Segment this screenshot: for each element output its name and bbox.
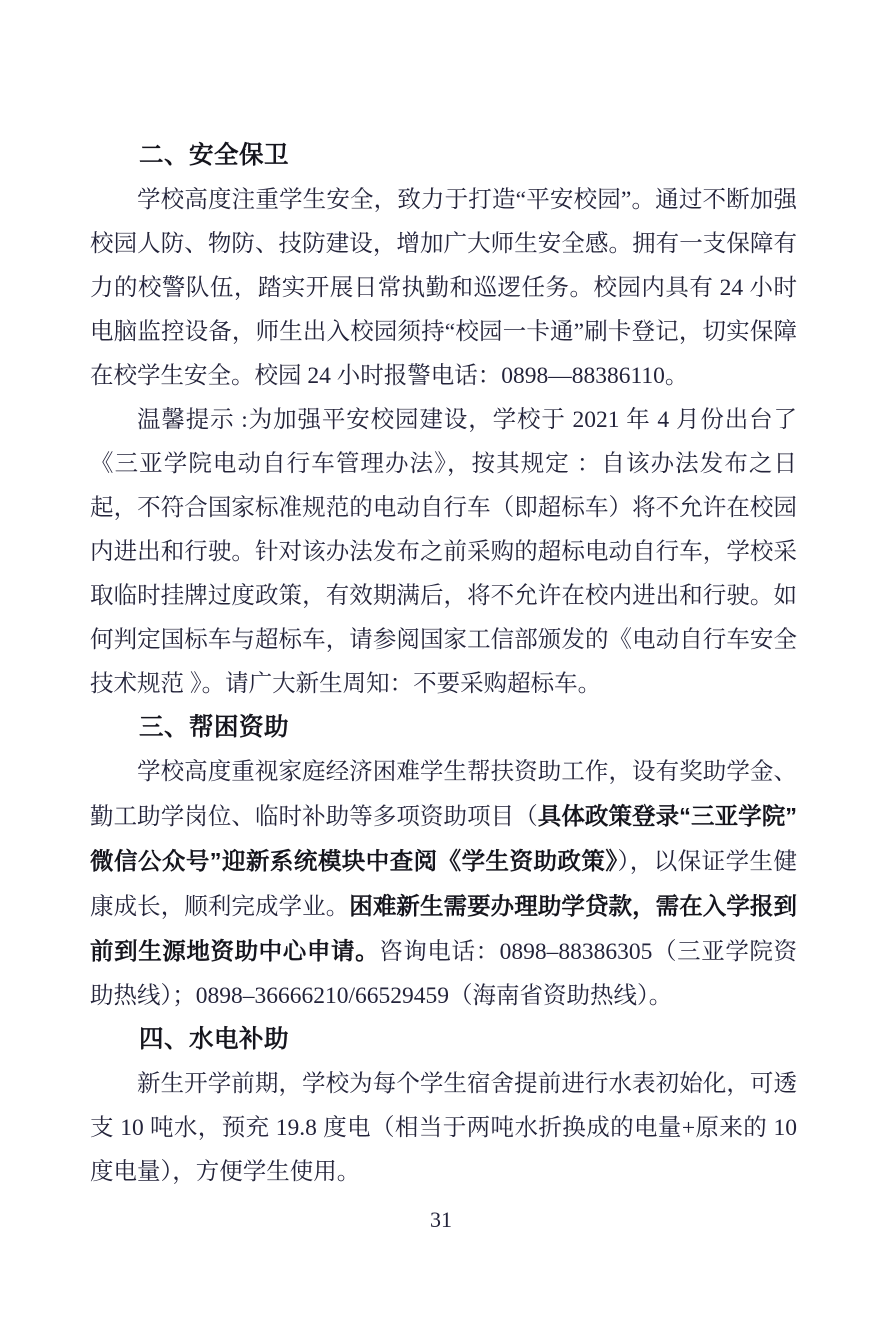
text-run: 温馨提示 :为加强平安校园建设，学校于 2021 年 4 月份出台了《三亚学院电… xyxy=(90,407,797,697)
document-page: 二、安全保卫学校高度注重学生安全，致力于打造“平安校园”。通过不断加强校园人防、… xyxy=(0,0,882,1323)
paragraph-utilities-1: 新生开学前期，学校为每个学生宿舍提前进行水表初始化，可透支 10 吨水，预充 1… xyxy=(90,1062,797,1194)
paragraph-financial-aid-1: 学校高度重视家庭经济困难学生帮扶资助工作，设有奖助学金、勤工助学岗位、临时补助等… xyxy=(90,750,797,1018)
page-number: 31 xyxy=(430,1207,452,1232)
document-content: 二、安全保卫学校高度注重学生安全，致力于打造“平安校园”。通过不断加强校园人防、… xyxy=(90,134,797,1194)
page-footer: 31 xyxy=(0,1204,882,1236)
paragraph-security-1: 学校高度注重学生安全，致力于打造“平安校园”。通过不断加强校园人防、物防、技防建… xyxy=(90,178,797,398)
section-heading-financial-aid: 三、帮困资助 xyxy=(90,706,797,750)
section-heading-utilities: 四、水电补助 xyxy=(90,1018,797,1062)
paragraph-security-2: 温馨提示 :为加强平安校园建设，学校于 2021 年 4 月份出台了《三亚学院电… xyxy=(90,398,797,706)
text-run: 学校高度注重学生安全，致力于打造“平安校园”。通过不断加强校园人防、物防、技防建… xyxy=(90,187,797,389)
text-run: 新生开学前期，学校为每个学生宿舍提前进行水表初始化，可透支 10 吨水，预充 1… xyxy=(90,1071,797,1185)
section-heading-security: 二、安全保卫 xyxy=(90,134,797,178)
